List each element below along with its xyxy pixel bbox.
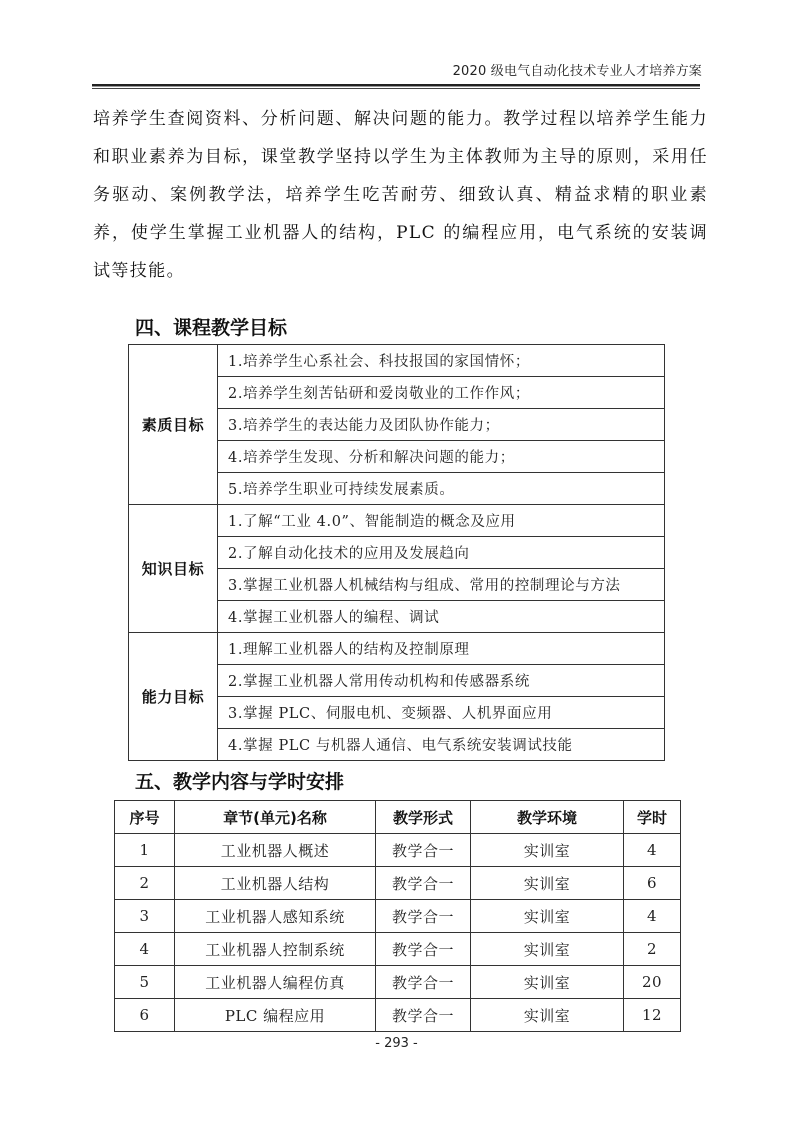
table-row: 能力目标 1.理解工业机器人的结构及控制原理 [129,633,665,665]
column-header-environment: 教学环境 [471,801,624,834]
goal-item: 2.掌握工业机器人常用传动机构和传感器系统 [218,665,665,697]
cell-environment: 实训室 [471,834,624,867]
goal-item: 3.掌握 PLC、伺服电机、变频器、人机界面应用 [218,697,665,729]
table-row: 3 工业机器人感知系统 教学合一 实训室 4 [115,900,681,933]
goal-item: 4.培养学生发现、分析和解决问题的能力； [218,441,665,473]
cell-format: 教学合一 [376,834,471,867]
cell-format: 教学合一 [376,867,471,900]
table-row: 4 工业机器人控制系统 教学合一 实训室 2 [115,933,681,966]
cell-environment: 实训室 [471,900,624,933]
section4-heading: 四、课程教学目标 [135,313,287,340]
header-rule-secondary [92,88,700,89]
cell-format: 教学合一 [376,999,471,1032]
cell-chapter: 工业机器人感知系统 [175,900,376,933]
cell-hours: 4 [624,900,681,933]
goal-category-knowledge: 知识目标 [129,505,218,633]
column-header-index: 序号 [115,801,175,834]
intro-paragraph: 培养学生查阅资料、分析问题、解决问题的能力。教学过程以培养学生能力和职业素养为目… [93,100,708,290]
goal-item: 1.培养学生心系社会、科技报国的家国情怀； [218,345,665,377]
cell-index: 4 [115,933,175,966]
cell-environment: 实训室 [471,966,624,999]
cell-index: 3 [115,900,175,933]
goal-item: 4.掌握工业机器人的编程、调试 [218,601,665,633]
page-number: - 293 - [0,1036,793,1051]
cell-chapter: 工业机器人控制系统 [175,933,376,966]
table-header-row: 序号 章节(单元)名称 教学形式 教学环境 学时 [115,801,681,834]
goal-item: 5.培养学生职业可持续发展素质。 [218,473,665,505]
goal-category-ability: 能力目标 [129,633,218,761]
cell-hours: 4 [624,834,681,867]
table-row: 5 工业机器人编程仿真 教学合一 实训室 20 [115,966,681,999]
teaching-goals-table: 素质目标 1.培养学生心系社会、科技报国的家国情怀； 2.培养学生刻苦钻研和爱岗… [128,344,665,761]
section5-heading: 五、教学内容与学时安排 [135,767,344,794]
cell-hours: 6 [624,867,681,900]
cell-environment: 实训室 [471,867,624,900]
cell-chapter: 工业机器人编程仿真 [175,966,376,999]
column-header-hours: 学时 [624,801,681,834]
table-row: 1 工业机器人概述 教学合一 实训室 4 [115,834,681,867]
schedule-table: 序号 章节(单元)名称 教学形式 教学环境 学时 1 工业机器人概述 教学合一 … [114,800,681,1032]
table-row: 知识目标 1.了解“工业 4.0”、智能制造的概念及应用 [129,505,665,537]
cell-index: 6 [115,999,175,1032]
cell-chapter: 工业机器人结构 [175,867,376,900]
table-row: 2 工业机器人结构 教学合一 实训室 6 [115,867,681,900]
cell-index: 2 [115,867,175,900]
cell-format: 教学合一 [376,966,471,999]
table-row: 6 PLC 编程应用 教学合一 实训室 12 [115,999,681,1032]
goal-item: 3.掌握工业机器人机械结构与组成、常用的控制理论与方法 [218,569,665,601]
cell-format: 教学合一 [376,900,471,933]
goal-item: 1.了解“工业 4.0”、智能制造的概念及应用 [218,505,665,537]
goal-item: 3.培养学生的表达能力及团队协作能力； [218,409,665,441]
table-row: 素质目标 1.培养学生心系社会、科技报国的家国情怀； [129,345,665,377]
cell-environment: 实训室 [471,999,624,1032]
goal-item: 2.了解自动化技术的应用及发展趋向 [218,537,665,569]
cell-chapter: PLC 编程应用 [175,999,376,1032]
cell-index: 5 [115,966,175,999]
goal-category-quality: 素质目标 [129,345,218,505]
cell-hours: 12 [624,999,681,1032]
document-header-title: 2020 级电气自动化技术专业人才培养方案 [420,60,702,79]
goal-item: 2.培养学生刻苦钻研和爱岗敬业的工作作风； [218,377,665,409]
cell-hours: 20 [624,966,681,999]
cell-chapter: 工业机器人概述 [175,834,376,867]
goal-item: 4.掌握 PLC 与机器人通信、电气系统安装调试技能 [218,729,665,761]
cell-format: 教学合一 [376,933,471,966]
header-rule [92,84,700,87]
cell-index: 1 [115,834,175,867]
cell-environment: 实训室 [471,933,624,966]
goal-item: 1.理解工业机器人的结构及控制原理 [218,633,665,665]
column-header-chapter: 章节(单元)名称 [175,801,376,834]
cell-hours: 2 [624,933,681,966]
column-header-format: 教学形式 [376,801,471,834]
